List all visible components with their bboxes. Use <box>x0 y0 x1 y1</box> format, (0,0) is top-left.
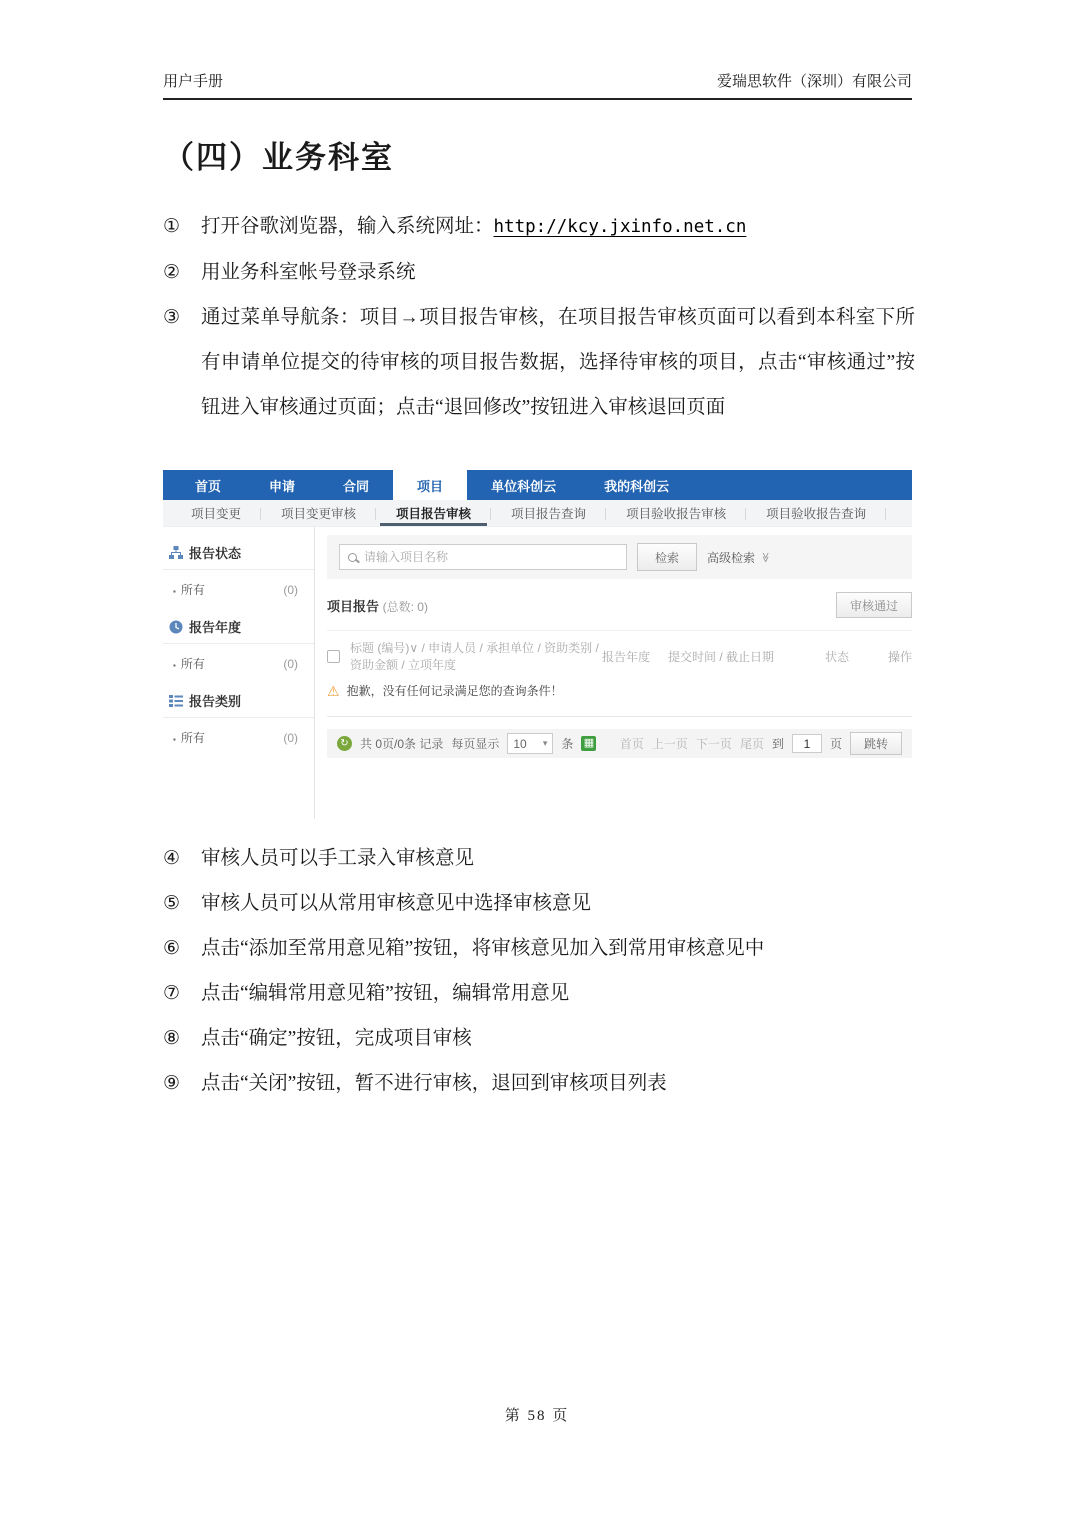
filter-item-all-status[interactable]: ▪所有 (0) <box>163 570 314 609</box>
page-number-footer: 第 58 页 <box>0 1404 1074 1425</box>
subtab-report-query[interactable]: 项目报告查询 <box>491 500 606 526</box>
subtab-project-change-review[interactable]: 项目变更审核 <box>261 500 376 526</box>
empty-result-message: ⚠ 抱歉，没有任何记录满足您的查询条件！ <box>327 682 912 699</box>
prev-page-link[interactable]: 上一页 <box>652 735 688 752</box>
advanced-search-link[interactable]: 高级检索 ≫ <box>707 549 770 566</box>
step-4: ④ 审核人员可以手工录入审核意见 <box>163 836 915 881</box>
refresh-icon[interactable]: ↻ <box>337 736 352 751</box>
step-7: ⑦ 点击“编辑常用意见箱”按钮，编辑常用意见 <box>163 971 915 1016</box>
sitemap-icon <box>169 546 183 560</box>
sub-navbar: 项目变更 项目变更审核 项目报告审核 项目报告查询 项目验收报告审核 项目验收报… <box>163 500 912 527</box>
step-9: ⑨ 点击“关闭”按钮，暂不进行审核，退回到审核项目列表 <box>163 1061 915 1106</box>
doc-header-right: 爱瑞思软件（深圳）有限公司 <box>717 70 912 91</box>
subtab-project-change[interactable]: 项目变更 <box>171 500 261 526</box>
nav-tab-unit-cloud[interactable]: 单位科创云 <box>467 470 580 500</box>
step-6: ⑥ 点击“添加至常用意见箱”按钮，将审核意见加入到常用审核意见中 <box>163 926 915 971</box>
step-text: 用业务科室帐号登录系统 <box>201 250 915 295</box>
filter-item-count: (0) <box>283 657 298 671</box>
filter-item-count: (0) <box>283 583 298 597</box>
subtab-acceptance-query[interactable]: 项目验收报告查询 <box>746 500 886 526</box>
step-text: 点击“关闭”按钮，暂不进行审核，退回到审核项目列表 <box>201 1061 915 1106</box>
doc-header-left: 用户手册 <box>163 70 223 91</box>
step-8: ⑧ 点击“确定”按钮，完成项目审核 <box>163 1016 915 1061</box>
step-2: ② 用业务科室帐号登录系统 <box>163 250 915 295</box>
filter-group-category: 报告类别 ▪所有 (0) <box>163 685 314 757</box>
bullet-icon: ▪ <box>173 661 176 670</box>
filter-item-all-category[interactable]: ▪所有 (0) <box>163 718 314 757</box>
step-number: ⑨ <box>163 1061 201 1106</box>
step-number: ⑧ <box>163 1016 201 1061</box>
step-text: 点击“添加至常用意见箱”按钮，将审核意见加入到常用审核意见中 <box>201 926 915 971</box>
step-text: 点击“编辑常用意见箱”按钮，编辑常用意见 <box>201 971 915 1016</box>
jump-button[interactable]: 跳转 <box>850 732 902 755</box>
first-page-link[interactable]: 首页 <box>620 735 644 752</box>
filter-group-header: 报告状态 <box>163 537 314 570</box>
nav-tab-project[interactable]: 项目 <box>393 470 467 500</box>
page-number-input[interactable] <box>792 734 822 753</box>
pagination-bar: ↻ 共 0页/0条 记录 每页显示 10 ▾ 条 ▦ 首页 上一页 下一页 尾页… <box>327 729 912 758</box>
filter-group-year: 报告年度 ▪所有 (0) <box>163 611 314 683</box>
list-title-text: 项目报告 <box>327 599 379 614</box>
filter-group-header: 报告年度 <box>163 611 314 644</box>
step-number: ② <box>163 250 201 295</box>
filter-group-title: 报告年度 <box>189 617 241 636</box>
list-header-row: 项目报告 (总数: 0) 审核通过 <box>327 592 912 618</box>
step-number: ③ <box>163 295 201 430</box>
per-page-value: 10 <box>513 737 526 751</box>
column-title-sortable[interactable]: 标题 (编号)∨ / 申请人员 / 承担单位 / 资助类别 / 资助金额 / 立… <box>350 639 602 673</box>
step-number: ④ <box>163 836 201 881</box>
clock-icon <box>169 620 183 634</box>
doc-header: 用户手册 爱瑞思软件（深圳）有限公司 <box>163 70 912 100</box>
step-number: ⑥ <box>163 926 201 971</box>
app-body: 报告状态 ▪所有 (0) 报告年度 ▪所有 (0) <box>163 527 912 819</box>
subtab-acceptance-review[interactable]: 项目验收报告审核 <box>606 500 746 526</box>
nav-tab-apply[interactable]: 申请 <box>245 470 319 500</box>
step-3: ③ 通过菜单导航条：项目→项目报告审核，在项目报告审核页面可以看到本科室下所有申… <box>163 295 915 430</box>
warning-icon: ⚠ <box>327 684 340 698</box>
last-page-link[interactable]: 尾页 <box>740 735 764 752</box>
next-page-link[interactable]: 下一页 <box>696 735 732 752</box>
filter-item-count: (0) <box>283 731 298 745</box>
filter-item-label: ▪所有 <box>173 581 283 598</box>
search-icon <box>348 553 357 562</box>
search-input[interactable] <box>364 550 618 564</box>
column-action: 操作 <box>870 648 912 665</box>
step-1: ① 打开谷歌浏览器，输入系统网址：http://kcy.jxinfo.net.c… <box>163 204 915 250</box>
column-report-year: 报告年度 <box>602 648 668 665</box>
excel-export-icon[interactable]: ▦ <box>581 736 596 751</box>
nav-tab-my-cloud[interactable]: 我的科创云 <box>580 470 693 500</box>
filter-item-all-year[interactable]: ▪所有 (0) <box>163 644 314 683</box>
page-title: （四）业务科室 <box>163 132 394 177</box>
empty-result-text: 抱歉，没有任何记录满足您的查询条件！ <box>347 682 563 699</box>
system-url-link[interactable]: http://kcy.jxinfo.net.cn <box>494 217 747 237</box>
step-text: 通过菜单导航条：项目→项目报告审核，在项目报告审核页面可以看到本科室下所有申请单… <box>201 295 915 430</box>
search-button[interactable]: 检索 <box>637 543 697 571</box>
bullet-icon: ▪ <box>173 587 176 596</box>
filter-item-label: ▪所有 <box>173 655 283 672</box>
step-text-part: 打开谷歌浏览器，输入系统网址： <box>201 216 494 237</box>
step-text: 点击“确定”按钮，完成项目审核 <box>201 1016 915 1061</box>
steps-list-top: ① 打开谷歌浏览器，输入系统网址：http://kcy.jxinfo.net.c… <box>163 204 915 430</box>
per-page-select[interactable]: 10 ▾ <box>507 733 553 754</box>
goto-label: 到 <box>772 735 784 752</box>
bullet-icon: ▪ <box>173 735 176 744</box>
top-navbar: 首页 申请 合同 项目 单位科创云 我的科创云 <box>163 470 912 500</box>
per-page-unit: 条 <box>561 735 573 752</box>
filter-item-label: ▪所有 <box>173 729 283 746</box>
select-all-checkbox[interactable] <box>327 650 340 663</box>
advanced-search-label: 高级检索 <box>707 549 755 566</box>
filter-item-text: 所有 <box>181 657 205 671</box>
search-box[interactable] <box>339 544 627 570</box>
approve-button[interactable]: 审核通过 <box>836 592 912 618</box>
step-number: ⑤ <box>163 881 201 926</box>
page-unit-label: 页 <box>830 735 842 752</box>
filter-group-title: 报告类别 <box>189 691 241 710</box>
filter-group-status: 报告状态 ▪所有 (0) <box>163 537 314 609</box>
search-bar: 检索 高级检索 ≫ <box>327 535 912 579</box>
pagination-total: 共 0页/0条 记录 <box>360 735 443 752</box>
steps-list-bottom: ④ 审核人员可以手工录入审核意见 ⑤ 审核人员可以从常用审核意见中选择审核意见 … <box>163 836 915 1106</box>
subtab-report-review[interactable]: 项目报告审核 <box>376 500 491 526</box>
nav-tab-home[interactable]: 首页 <box>171 470 245 500</box>
chevron-down-icon: ≫ <box>760 552 771 562</box>
column-status: 状态 <box>804 648 870 665</box>
step-text: 打开谷歌浏览器，输入系统网址：http://kcy.jxinfo.net.cn <box>201 204 915 250</box>
per-page-label: 每页显示 <box>451 735 499 752</box>
pagination-right: 首页 上一页 下一页 尾页 到 页 跳转 <box>620 732 902 755</box>
filter-item-text: 所有 <box>181 583 205 597</box>
table-header: 标题 (编号)∨ / 申请人员 / 承担单位 / 资助类别 / 资助金额 / 立… <box>327 630 912 673</box>
app-screenshot: 首页 申请 合同 项目 单位科创云 我的科创云 项目变更 项目变更审核 项目报告… <box>163 470 912 820</box>
step-text: 审核人员可以从常用审核意见中选择审核意见 <box>201 881 915 926</box>
step-text: 审核人员可以手工录入审核意见 <box>201 836 915 881</box>
filter-group-header: 报告类别 <box>163 685 314 718</box>
list-total-badge: (总数: 0) <box>383 600 428 614</box>
filter-item-text: 所有 <box>181 731 205 745</box>
list-title: 项目报告 (总数: 0) <box>327 596 428 615</box>
main-panel: 检索 高级检索 ≫ 项目报告 (总数: 0) 审核通过 标题 (编号)∨ / 申… <box>315 527 912 819</box>
step-number: ⑦ <box>163 971 201 1016</box>
filter-sidebar: 报告状态 ▪所有 (0) 报告年度 ▪所有 (0) <box>163 527 315 819</box>
nav-tab-contract[interactable]: 合同 <box>319 470 393 500</box>
step-number: ① <box>163 204 201 250</box>
filter-group-title: 报告状态 <box>189 543 241 562</box>
category-icon <box>169 694 183 708</box>
divider <box>327 716 912 717</box>
step-5: ⑤ 审核人员可以从常用审核意见中选择审核意见 <box>163 881 915 926</box>
pagination-left: ↻ 共 0页/0条 记录 每页显示 10 ▾ 条 ▦ <box>337 733 596 754</box>
column-submit-deadline: 提交时间 / 截止日期 <box>668 648 804 665</box>
select-arrow-icon: ▾ <box>543 738 548 749</box>
